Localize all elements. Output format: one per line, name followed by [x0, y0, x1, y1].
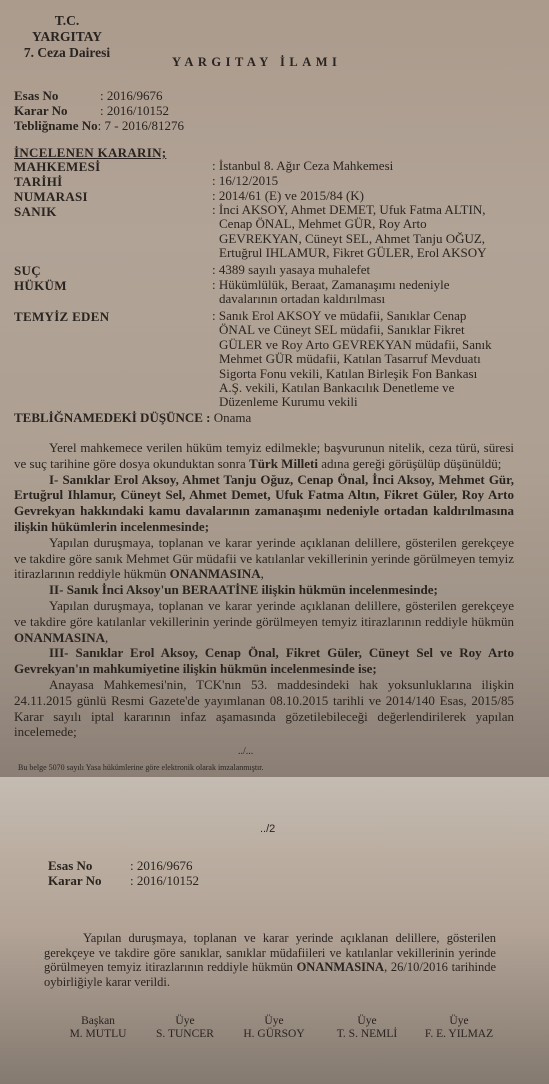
meta-row-karar: Karar No: 2016/10152: [14, 103, 184, 118]
field-label-crime: SUÇ: [14, 263, 41, 279]
header-chamber: 7. Ceza Dairesi: [12, 45, 122, 61]
signature-member-3: Üye T. S. NEMLİ: [327, 1015, 407, 1041]
section-2-body: Yapılan duruşmaya, toplanan ve karar yer…: [14, 598, 514, 645]
body-text: Yerel mahkemece verilen hüküm temyiz edi…: [14, 440, 514, 740]
case-meta: Esas No: 2016/9676 Karar No: 2016/10152 …: [14, 88, 184, 133]
case-meta-page2: Esas No: 2016/9676 Karar No: 2016/10152: [48, 858, 199, 888]
field-value-court: : İstanbul 8. Ağır Ceza Mahkemesi: [212, 159, 393, 173]
signature-chair: Başkan M. MUTLU: [58, 1015, 138, 1041]
field-label-date: TARİHİ: [14, 174, 63, 190]
field-label-verdict: HÜKÜM: [14, 278, 67, 294]
signature-member-4: Üye F. E. YILMAZ: [414, 1015, 504, 1041]
header-court: YARGITAY: [12, 29, 122, 45]
document-page-2: ../2 Esas No: 2016/9676 Karar No: 2016/1…: [0, 777, 549, 1084]
page-number-marker: ../2: [260, 823, 275, 835]
field-label-defendants: SANIK: [14, 204, 57, 220]
field-value-appellant: : Sanık Erol AKSOY ve müdafii, Sanıklar …: [212, 309, 492, 410]
meta-row-esas: Esas No: 2016/9676: [14, 88, 184, 103]
meta-row-karar-p2: Karar No: 2016/10152: [48, 873, 199, 888]
signature-member-2: Üye H. GÜRSOY: [234, 1015, 314, 1041]
field-value-verdict: : Hükümlülük, Beraat, Zamanaşımı nedeniy…: [212, 278, 450, 307]
section-3-heading: III- Sanıklar Erol Aksoy, Cenap Önal, Fi…: [14, 645, 514, 677]
meta-row-esas-p2: Esas No: 2016/9676: [48, 858, 199, 873]
section-3-body: Anayasa Mahkemesi'nin, TCK'nın 53. madde…: [14, 677, 514, 740]
field-value-date: : 16/12/2015: [212, 174, 278, 188]
section-1-heading: I- Sanıklar Erol Aksoy, Ahmet Tanju Oğuz…: [14, 472, 514, 535]
header-country: T.C.: [12, 13, 122, 29]
document-title: YARGITAY İLAMI: [172, 55, 341, 70]
intro-paragraph: Yerel mahkemece verilen hüküm temyiz edi…: [14, 440, 514, 472]
signature-member-1: Üye S. TUNCER: [145, 1015, 225, 1041]
field-label-court: MAHKEMESİ: [14, 159, 100, 175]
section-2-heading: II- Sanık İnci Aksoy'un BERAATİNE ilişki…: [14, 582, 514, 598]
field-label-number: NUMARASI: [14, 189, 88, 205]
field-value-crime: : 4389 sayılı yasaya muhalefet: [212, 263, 370, 277]
section-1-body: Yapılan duruşmaya, toplanan ve karar yer…: [14, 535, 514, 582]
field-value-defendants: : İnci AKSOY, Ahmet DEMET, Ufuk Fatma AL…: [212, 203, 487, 261]
meta-row-tebligname: Tebliğname No: 7 - 2016/81276: [14, 118, 184, 133]
court-header: T.C. YARGITAY 7. Ceza Dairesi: [12, 13, 122, 61]
document-page-1: T.C. YARGITAY 7. Ceza Dairesi YARGITAY İ…: [0, 0, 549, 777]
continuation-marker: ../...: [238, 746, 253, 757]
final-ruling-paragraph: Yapılan duruşmaya, toplanan ve karar yer…: [44, 931, 496, 989]
electronic-signature-footnote: Bu belge 5070 sayılı Yasa hükümlerine gö…: [18, 763, 264, 772]
notice-opinion: TEBLİĞNAMEDEKİ DÜŞÜNCE : Onama: [14, 410, 251, 426]
field-label-appellant: TEMYİZ EDEN: [14, 309, 109, 325]
